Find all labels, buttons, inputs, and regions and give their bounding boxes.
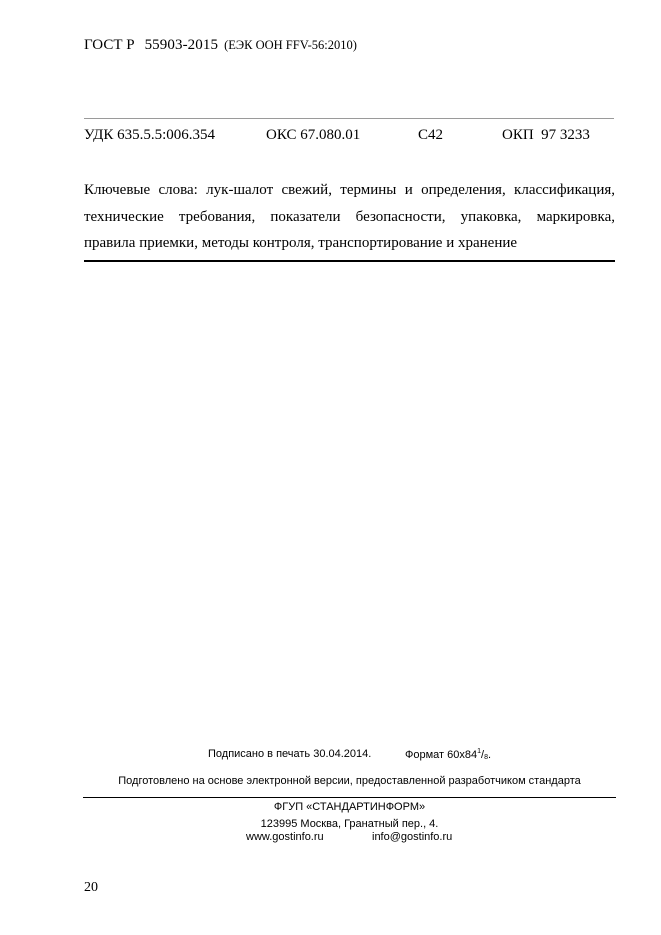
document-header: ГОСТ Р55903-2015(ЕЭК ООН FFV-56:2010) — [84, 37, 357, 54]
keywords-line: правила приемки, методы контроля, трансп… — [84, 230, 615, 257]
imprint-divider — [83, 797, 616, 798]
oks-code: ОКС 67.080.01 — [266, 127, 360, 144]
page-number: 20 — [84, 880, 98, 896]
signed-date: Подписано в печать 30.04.2014. — [208, 748, 371, 760]
publisher-email[interactable]: info@gostinfo.ru — [372, 831, 452, 843]
format-numerator: 1 — [477, 748, 481, 755]
standard-number: 55903-2015 — [145, 37, 219, 53]
publisher-website[interactable]: www.gostinfo.ru — [246, 831, 324, 843]
keywords-divider — [84, 260, 615, 262]
keywords-paragraph: Ключевые слова: лук-шалот свежий, термин… — [84, 177, 615, 257]
standard-prefix: ГОСТ Р — [84, 37, 135, 53]
udk-code: УДК 635.5.5:006.354 — [84, 127, 215, 144]
keywords-line: Ключевые слова: лук-шалот свежий, термин… — [84, 177, 615, 204]
format-period: . — [488, 749, 491, 761]
format-label: Формат 60х84 — [405, 749, 477, 761]
harmonized-standard: (ЕЭК ООН FFV-56:2010) — [224, 38, 357, 52]
publisher-name: ФГУП «СТАНДАРТИНФОРМ» — [84, 801, 615, 813]
header-divider — [84, 118, 614, 119]
okp-code: ОКП 97 3233 — [502, 127, 590, 144]
group-code: С42 — [418, 127, 443, 144]
paper-format: Формат 60х841/8. — [405, 748, 491, 761]
prepared-note: Подготовлено на основе электронной верси… — [84, 775, 615, 787]
publisher-address: 123995 Москва, Гранатный пер., 4. — [84, 818, 615, 830]
keywords-line: технические требования, показатели безоп… — [84, 204, 615, 231]
